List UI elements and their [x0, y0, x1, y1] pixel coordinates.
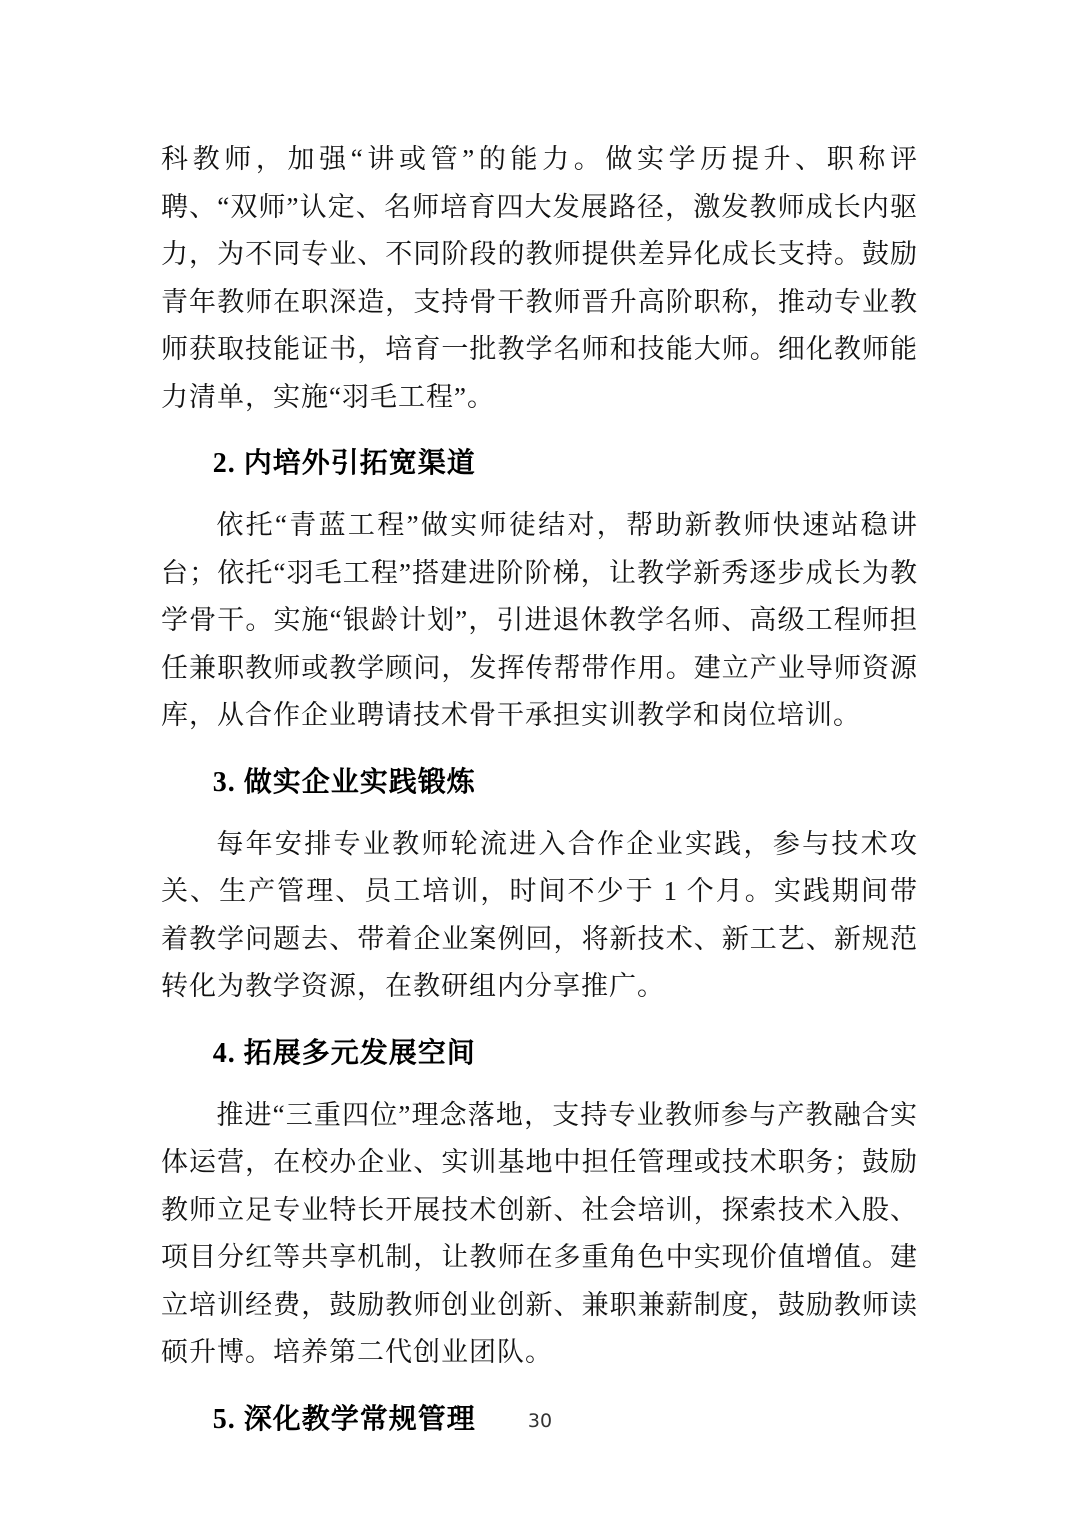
heading-section-2: 2. 内培外引拓宽渠道	[161, 440, 918, 487]
document-page: 科教师，加强“讲或管”的能力。做实学历提升、职称评聘、“双师”认定、名师培育四大…	[0, 0, 1080, 1527]
paragraph-section-4: 推进“三重四位”理念落地，支持专业教师参与产教融合实体运营，在校办企业、实训基地…	[161, 1092, 918, 1377]
page-number: 30	[0, 1410, 1080, 1432]
paragraph-teacher-development: 科教师，加强“讲或管”的能力。做实学历提升、职称评聘、“双师”认定、名师培育四大…	[161, 136, 918, 421]
paragraph-section-3: 每年安排专业教师轮流进入合作企业实践，参与技术攻关、生产管理、员工培训，时间不少…	[161, 821, 918, 1011]
heading-section-3: 3. 做实企业实践锻炼	[161, 759, 918, 806]
heading-section-4: 4. 拓展多元发展空间	[161, 1030, 918, 1077]
paragraph-section-2: 依托“青蓝工程”做实师徒结对，帮助新教师快速站稳讲台；依托“羽毛工程”搭建进阶阶…	[161, 502, 918, 740]
page-content: 科教师，加强“讲或管”的能力。做实学历提升、职称评聘、“双师”认定、名师培育四大…	[161, 136, 918, 1458]
